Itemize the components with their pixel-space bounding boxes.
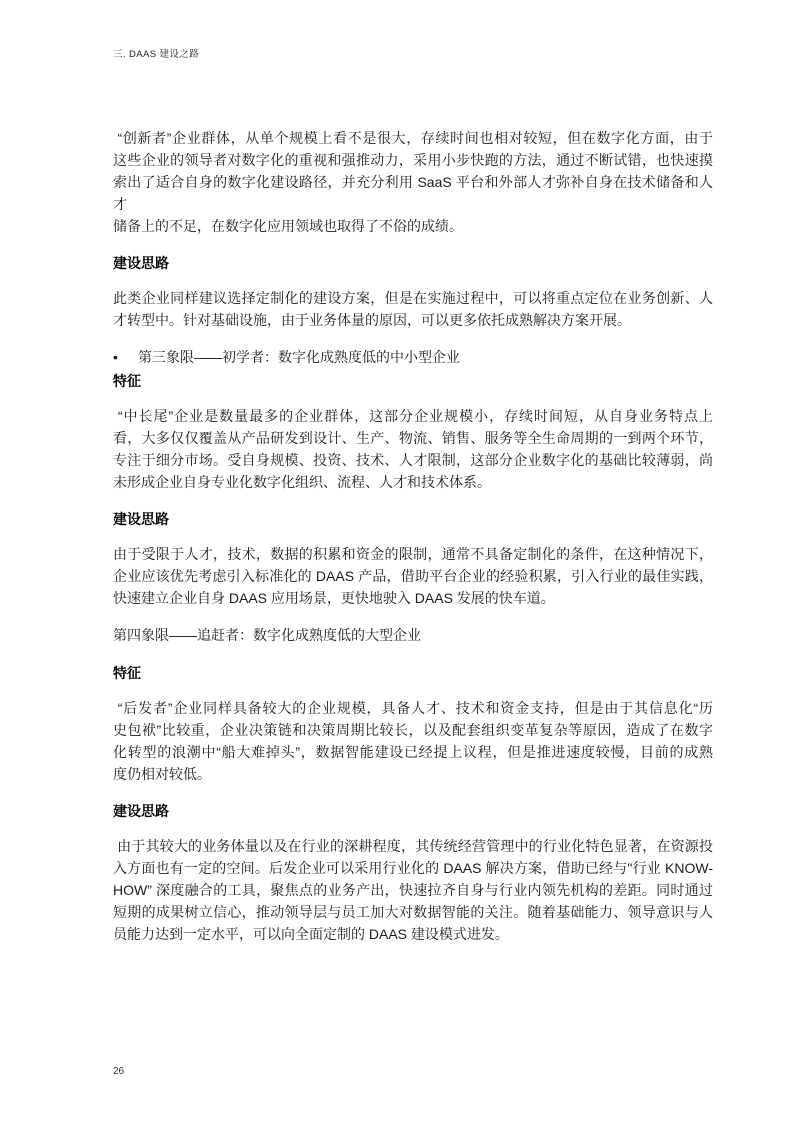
bullet-icon: •: [113, 346, 138, 368]
bullet-text: 第三象限——初学者：数字化成熟度低的中小型企业: [138, 349, 460, 365]
section-heading: 特征: [113, 662, 713, 684]
text-line: 企业应该优先考虑引入标准化的 DAAS 产品，借助平台企业的经验积累，引入行业的…: [113, 565, 713, 587]
text-line: HOW” 深度融合的工具，聚焦点的业务产出，快速拉齐自身与行业内领先机构的差距。…: [113, 879, 713, 901]
bullet-item: •第三象限——初学者：数字化成熟度低的中小型企业: [113, 346, 713, 368]
text-line: 短期的成果树立信心，推动领导层与员工加大对数据智能的关注。随着基础能力、领导意识…: [113, 901, 713, 923]
text-line: 快速建立企业自身 DAAS 应用场景，更快地驶入 DAAS 发展的快车道。: [113, 587, 713, 609]
text-line: 入方面也有一定的空间。后发企业可以采用行业化的 DAAS 解决方案，借助已经与"…: [113, 857, 713, 879]
text-line: 员能力达到一定水平，可以向全面定制的 DAAS 建设模式进发。: [113, 923, 713, 945]
paragraph: “中长尾”企业是数量最多的企业群体，这部分企业规模小，存续时间短，从自身业务特点…: [113, 405, 713, 493]
text-line: 未形成企业自身专业化数字化组织、流程、人才和技术体系。: [113, 471, 713, 493]
subsection-title: 第四象限——追赶者：数字化成熟度低的大型企业: [113, 624, 713, 646]
text-line: 这些企业的领导者对数字化的重视和强推动力，采用小步快跑的方法，通过不断试错，也快…: [113, 149, 713, 171]
page-number: 26: [113, 1066, 124, 1077]
paragraph: 由于其较大的业务体量以及在行业的深耕程度，其传统经营管理中的行业化特色显著，在资…: [113, 835, 713, 945]
paragraph: “后发者”企业同样具备较大的企业规模，具备人才、技术和资金支持，但是由于其信息化…: [113, 697, 713, 785]
text-line: “后发者”企业同样具备较大的企业规模，具备人才、技术和资金支持，但是由于其信息化…: [113, 697, 713, 719]
section-heading: 特征: [113, 370, 713, 392]
text-line: 史包袱”比较重，企业决策链和决策周期比较长，以及配套组织变革复杂等原因，造成了在…: [113, 719, 713, 741]
text-line: 才转型中。针对基础设施，由于业务体量的原因，可以更多依托成熟解决方案开展。: [113, 309, 713, 331]
text-line: 索出了适合自身的数字化建设路径，并充分利用 SaaS 平台和外部人才弥补自身在技…: [113, 171, 713, 215]
text-line: 储备上的不足，在数字化应用领域也取得了不俗的成绩。: [113, 215, 713, 237]
text-line: 专注于细分市场。受自身规模、投资、技术、人才限制，这部分企业数字化的基础比较薄弱…: [113, 449, 713, 471]
text-line: “中长尾”企业是数量最多的企业群体，这部分企业规模小，存续时间短，从自身业务特点…: [113, 405, 713, 427]
text-line: 看，大多仅仅覆盖从产品研发到设计、生产、物流、销售、服务等全生命周期的一到两个环…: [113, 427, 713, 449]
text-line: 度仍相对较低。: [113, 763, 713, 785]
document-body: “创新者”企业群体，从单个规模上看不是很大，存续时间也相对较短，但在数字化方面，…: [113, 127, 713, 960]
section-heading: 建设思路: [113, 252, 713, 274]
text-line: 由于受限于人才，技术，数据的积累和资金的限制，通常不具备定制化的条件，在这种情况…: [113, 543, 713, 565]
paragraph: 由于受限于人才，技术，数据的积累和资金的限制，通常不具备定制化的条件，在这种情况…: [113, 543, 713, 609]
section-heading: 建设思路: [113, 508, 713, 530]
document-page: 三. DAAS 建设之路 “创新者”企业群体，从单个规模上看不是很大，存续时间也…: [0, 0, 793, 1122]
section-heading: 建设思路: [113, 800, 713, 822]
text-line: 此类企业同样建议选择定制化的建设方案，但是在实施过程中，可以将重点定位在业务创新…: [113, 287, 713, 309]
document-header: 三. DAAS 建设之路: [113, 46, 199, 60]
paragraph: “创新者”企业群体，从单个规模上看不是很大，存续时间也相对较短，但在数字化方面，…: [113, 127, 713, 237]
text-line: 由于其较大的业务体量以及在行业的深耕程度，其传统经营管理中的行业化特色显著，在资…: [113, 835, 713, 857]
paragraph: 此类企业同样建议选择定制化的建设方案，但是在实施过程中，可以将重点定位在业务创新…: [113, 287, 713, 331]
text-line: “创新者”企业群体，从单个规模上看不是很大，存续时间也相对较短，但在数字化方面，…: [113, 127, 713, 149]
text-line: 化转型的浪潮中“船大难掉头”，数据智能建设已经提上议程，但是推进速度较慢，目前的…: [113, 741, 713, 763]
